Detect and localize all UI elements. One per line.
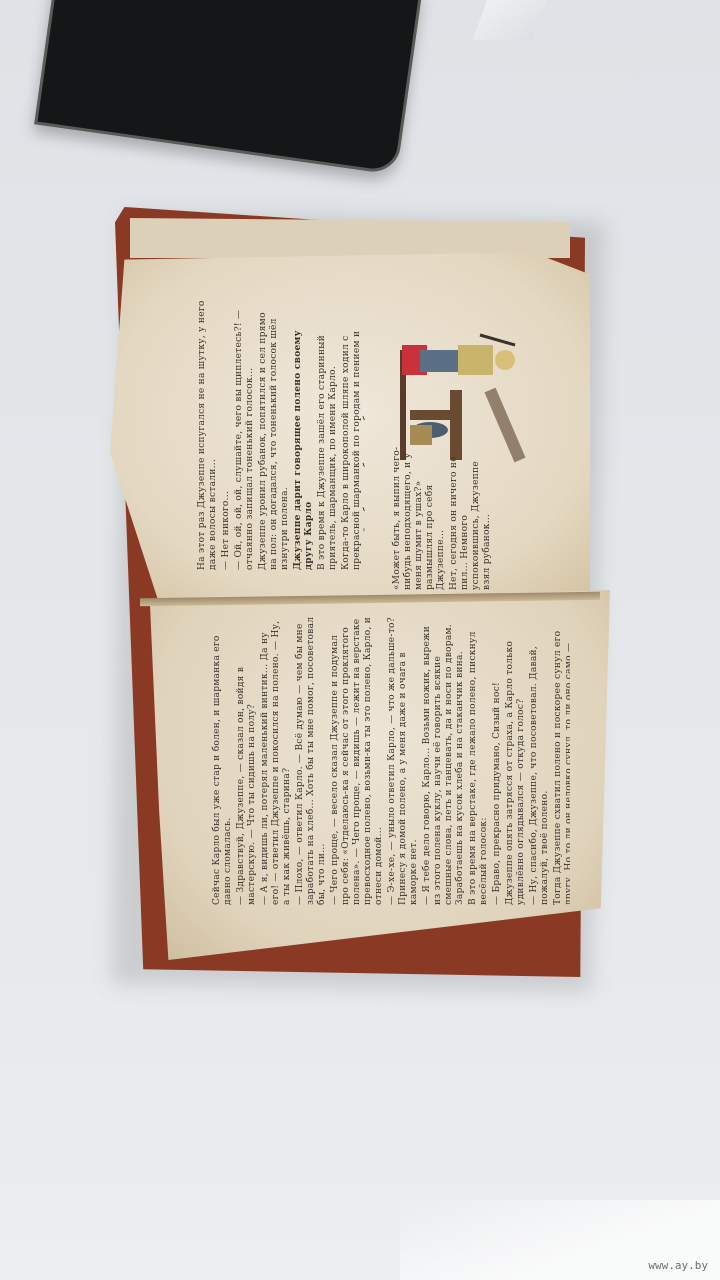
paragraph: — Браво, прекрасно придумано, Сизый нос! [492, 615, 503, 905]
paragraph: Тогда Джузеппе схватил полено и поскорее… [553, 615, 570, 905]
paragraph: Нет, сегодня он ничего не пил... Немного… [449, 440, 493, 590]
paragraph: — А я, видишь ли, потерял маленький винт… [260, 615, 293, 905]
paragraph: На этот раз Джузеппе испугался не на шут… [197, 300, 219, 570]
paragraph: «Может быть, я выпил чего-нибудь неподхо… [392, 440, 447, 590]
paragraph: В это время к Джузеппе зашёл его старинн… [317, 300, 339, 570]
paper-corner [473, 0, 548, 40]
page-stack-edge [130, 218, 570, 258]
lower-page-text: Сейчас Карло был уже стар и болен, и шар… [210, 615, 570, 905]
upper-page-text-right: «Может быть, я выпил чего-нибудь неподхо… [390, 440, 570, 590]
smartphone [34, 0, 422, 175]
paragraph: В это время на верстаке, где лежало поле… [468, 615, 490, 905]
paragraph: Джузеппе опять затрясся от страха, а Кар… [505, 615, 527, 905]
watermark: www.ay.by [648, 1259, 708, 1272]
paragraph: — Здравствуй, Джузеппе, — сказал он, вой… [236, 615, 258, 905]
paragraph: Джузеппе уронил рубанок, попятился и сел… [258, 300, 291, 570]
paragraph: — Чего проще, — весело сказал Джузеппе и… [330, 615, 385, 905]
chapter-heading: Джузеппе дарит говорящее полено своему д… [293, 300, 315, 570]
paragraph: — Ну, спасибо, Джузеппе, что посоветовал… [529, 615, 551, 905]
paragraph: — Э-хе-хе, — уныло ответил Карло, — что … [387, 615, 420, 905]
paragraph: — Нет никого... [221, 300, 232, 570]
paragraph: Когда-то Карло в широкополой шляпе ходил… [341, 300, 365, 570]
paragraph: Сейчас Карло был уже стар и болен, и шар… [212, 615, 234, 905]
paragraph: — Я тебе дело говорю, Карло... Возьми но… [422, 615, 466, 905]
paragraph: — Плохо, — ответил Карло. — Всё думаю — … [295, 615, 328, 905]
paragraph: — Ой, ой, ой, ой, слушайте, чего вы щипл… [234, 300, 256, 570]
upper-page-text: На этот раз Джузеппе испугался не на шут… [195, 300, 365, 570]
